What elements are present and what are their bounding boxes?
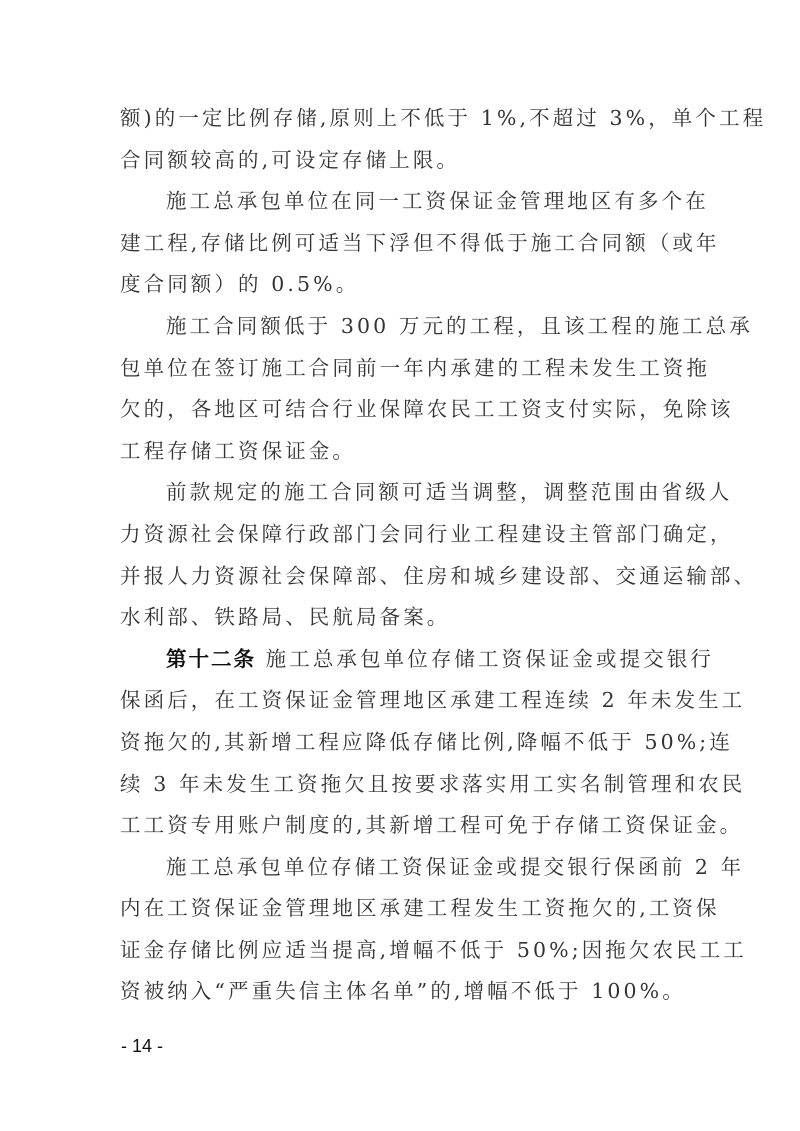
text-line: 建工程,存储比例可适当下浮但不得低于施工合同额（或年 xyxy=(120,223,680,265)
paragraph-exemption-under-3m: 施工合同额低于 300 万元的工程，且该工程的施工总承 包单位在签订施工合同前一… xyxy=(120,306,680,472)
text-line: 内在工资保证金管理地区承建工程发生工资拖欠的,工资保 xyxy=(120,888,680,930)
text-line: 续 3 年未发生工资拖欠且按要求落实用工实名制管理和农民 xyxy=(120,764,680,806)
text-line: 前款规定的施工合同额可适当调整，调整范围由省级人 xyxy=(120,472,680,514)
text-line: 资拖欠的,其新增工程应降低存储比例,降幅不低于 50%;连 xyxy=(120,722,680,764)
text-line: 第十二条 施工总承包单位存储工资保证金或提交银行 xyxy=(120,639,680,681)
article-text: 施工总承包单位存储工资保证金或提交银行 xyxy=(266,647,714,671)
text-line: 并报人力资源社会保障部、住房和城乡建设部、交通运输部、 xyxy=(120,556,680,598)
article-12: 第十二条 施工总承包单位存储工资保证金或提交银行 保函后，在工资保证金管理地区承… xyxy=(120,639,680,847)
article-title: 第十二条 xyxy=(166,647,256,671)
text-line: 欠的，各地区可结合行业保障农民工工资支付实际，免除该 xyxy=(120,389,680,431)
document-page: 额)的一定比例存储,原则上不低于 1%,不超过 3%，单个工程 合同额较高的,可… xyxy=(0,0,800,1131)
paragraph-adjustment-filing: 前款规定的施工合同额可适当调整，调整范围由省级人 力资源社会保障行政部门会同行业… xyxy=(120,472,680,638)
text-line: 施工合同额低于 300 万元的工程，且该工程的施工总承 xyxy=(120,306,680,348)
text-line: 施工总承包单位在同一工资保证金管理地区有多个在 xyxy=(120,181,680,223)
text-line: 资被纳入“严重失信主体名单”的,增幅不低于 100%。 xyxy=(120,971,680,1013)
text-line: 额)的一定比例存储,原则上不低于 1%,不超过 3%，单个工程 xyxy=(120,98,680,140)
text-line: 合同额较高的,可设定存储上限。 xyxy=(120,140,680,182)
page-number: - 14 - xyxy=(121,1036,163,1057)
paragraph-increase-ratio: 施工总承包单位存储工资保证金或提交银行保函前 2 年 内在工资保证金管理地区承建… xyxy=(120,847,680,1013)
paragraph-storage-ratio-continued: 额)的一定比例存储,原则上不低于 1%,不超过 3%，单个工程 合同额较高的,可… xyxy=(120,98,680,181)
text-line: 证金存储比例应适当提高,增幅不低于 50%;因拖欠农民工工 xyxy=(120,930,680,972)
text-line: 水利部、铁路局、民航局备案。 xyxy=(120,597,680,639)
text-line: 工程存储工资保证金。 xyxy=(120,431,680,473)
text-line: 包单位在签订施工合同前一年内承建的工程未发生工资拖 xyxy=(120,348,680,390)
text-line: 度合同额）的 0.5%。 xyxy=(120,264,680,306)
text-line: 工工资专用账户制度的,其新增工程可免于存储工资保证金。 xyxy=(120,805,680,847)
text-line: 力资源社会保障行政部门会同行业工程建设主管部门确定， xyxy=(120,514,680,556)
text-line: 施工总承包单位存储工资保证金或提交银行保函前 2 年 xyxy=(120,847,680,889)
paragraph-multiple-projects: 施工总承包单位在同一工资保证金管理地区有多个在 建工程,存储比例可适当下浮但不得… xyxy=(120,181,680,306)
document-body: 额)的一定比例存储,原则上不低于 1%,不超过 3%，单个工程 合同额较高的,可… xyxy=(120,98,680,1013)
text-line: 保函后，在工资保证金管理地区承建工程连续 2 年未发生工 xyxy=(120,680,680,722)
